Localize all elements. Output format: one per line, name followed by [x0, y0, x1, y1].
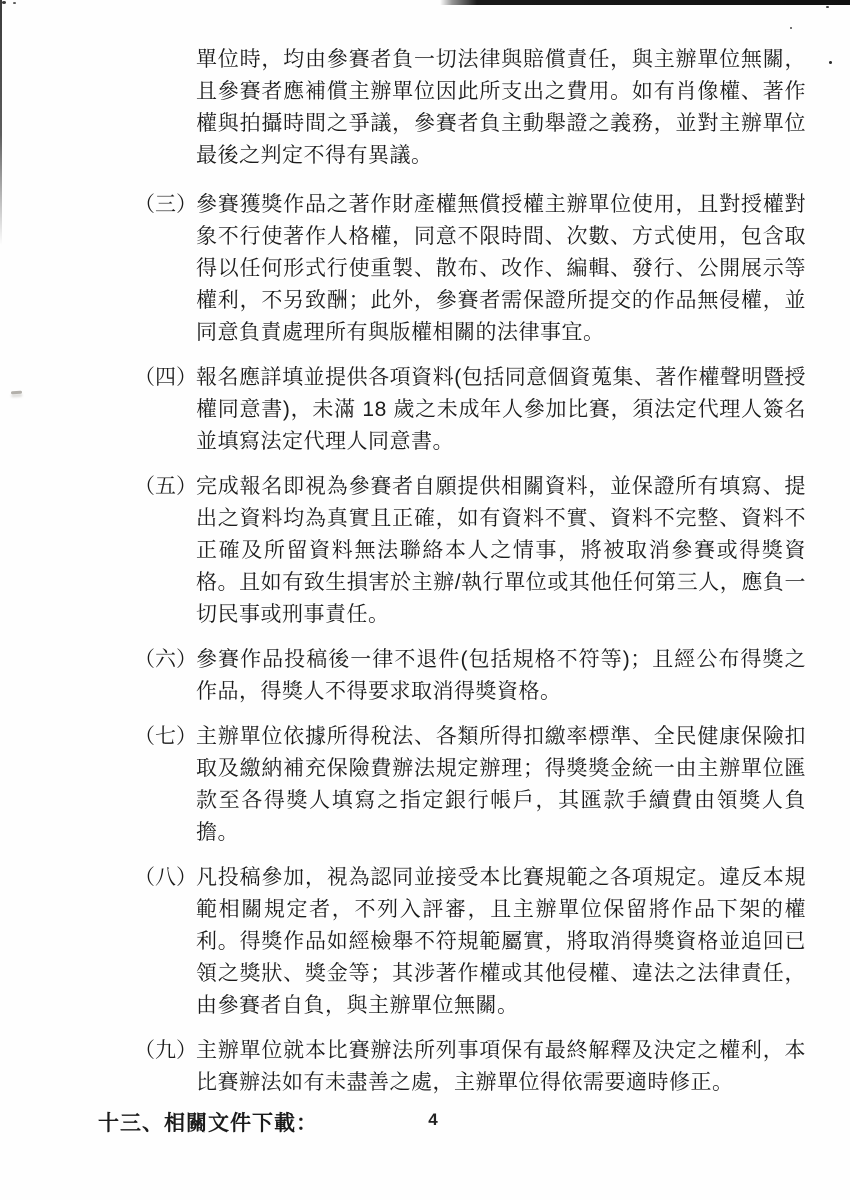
- clause-text: 主辦單位依據所得稅法、各類所得扣繳率標準、全民健康保險扣取及繳納補充保險費辦法規…: [196, 721, 806, 849]
- page-number: 4: [0, 1110, 850, 1130]
- clause-label: （三）: [134, 189, 196, 349]
- scan-speck: [829, 61, 832, 64]
- scan-speck: [13, 2, 16, 4]
- scan-artifact-left-edge: [0, 0, 2, 245]
- clause-item-3: （三） 參賽獲獎作品之著作財產權無償授權主辦單位使用，且對授權對象不行使著作人格…: [134, 189, 806, 349]
- clause-label: （九）: [134, 1035, 196, 1099]
- clause-text: 參賽作品投稿後一律不退件(包括規格不符等)；且經公布得獎之作品，得獎人不得要求取…: [196, 644, 806, 708]
- clause-text: 參賽獲獎作品之著作財產權無償授權主辦單位使用，且對授權對象不行使著作人格權，同意…: [196, 189, 806, 349]
- clause-item-8: （八） 凡投稿參加，視為認同並接受本比賽規範之各項規定。違反本規範相關規定者，不…: [134, 862, 806, 1022]
- clause-label: （七）: [134, 721, 196, 849]
- clause-label: （六）: [134, 644, 196, 708]
- intro-continuation-paragraph: 單位時，均由參賽者負一切法律與賠償責任，與主辦單位無關，且參賽者應補償主辦單位因…: [196, 44, 806, 172]
- clause-label: （五）: [134, 471, 196, 631]
- clause-item-5: （五） 完成報名即視為參賽者自願提供相關資料，並保證所有填寫、提出之資料均為真實…: [134, 471, 806, 631]
- pencil-mark-artifact: [11, 391, 22, 395]
- clause-item-7: （七） 主辦單位依據所得稅法、各類所得扣繳率標準、全民健康保險扣取及繳納補充保險…: [134, 721, 806, 849]
- scan-speck: [826, 6, 829, 8]
- scan-speck: [790, 27, 792, 29]
- clause-item-4: （四） 報名應詳填並提供各項資料(包括同意個資蒐集、著作權聲明暨授權同意書)，未…: [134, 362, 806, 458]
- clause-text: 主辦單位就本比賽辦法所列事項保有最終解釋及決定之權利，本比賽辦法如有未盡善之處，…: [196, 1035, 806, 1099]
- clause-text: 凡投稿參加，視為認同並接受本比賽規範之各項規定。違反本規範相關規定者，不列入評審…: [196, 862, 806, 1022]
- clause-text: 報名應詳填並提供各項資料(包括同意個資蒐集、著作權聲明暨授權同意書)，未滿 18…: [196, 362, 806, 458]
- scanned-document-page: 單位時，均由參賽者負一切法律與賠償責任，與主辦單位無關，且參賽者應補償主辦單位因…: [0, 0, 850, 1200]
- scan-speck: [2, 1, 6, 4]
- clause-item-6: （六） 參賽作品投稿後一律不退件(包括規格不符等)；且經公布得獎之作品，得獎人不…: [134, 644, 806, 708]
- document-body: 單位時，均由參賽者負一切法律與賠償責任，與主辦單位無關，且參賽者應補償主辦單位因…: [134, 44, 806, 1140]
- scan-artifact-top-bar: [440, 0, 850, 5]
- clause-label: （四）: [134, 362, 196, 458]
- clause-item-9: （九） 主辦單位就本比賽辦法所列事項保有最終解釋及決定之權利，本比賽辦法如有未盡…: [134, 1035, 806, 1099]
- clause-text: 完成報名即視為參賽者自願提供相關資料，並保證所有填寫、提出之資料均為真實且正確，…: [196, 471, 806, 631]
- clause-label: （八）: [134, 862, 196, 1022]
